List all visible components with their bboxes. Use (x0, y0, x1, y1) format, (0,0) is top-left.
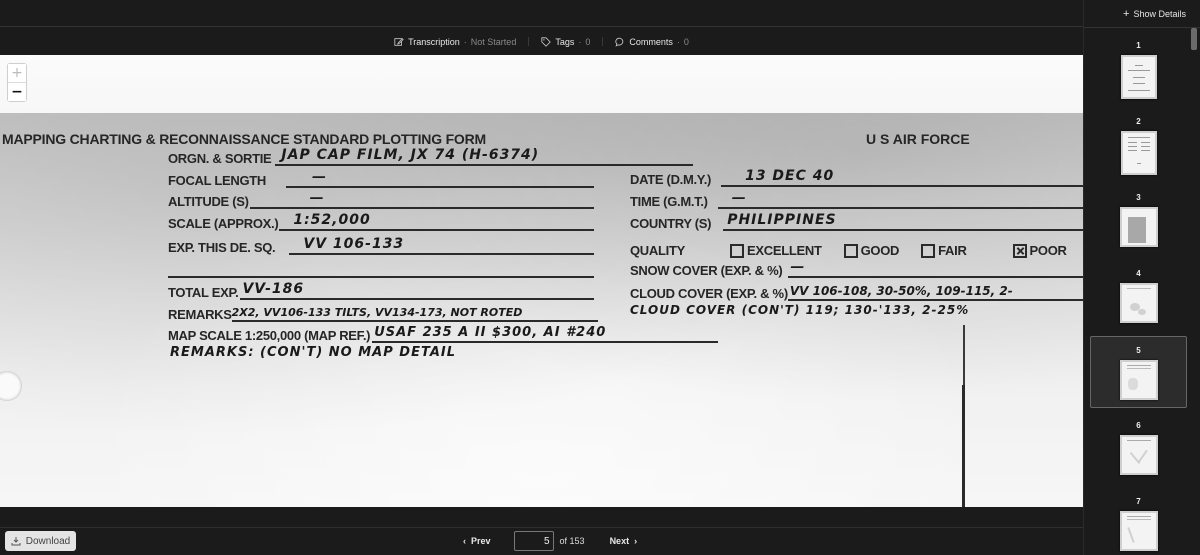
download-button[interactable]: Download (5, 531, 76, 551)
field-date: DATE (D.M.Y.) 13 DEC 40 (630, 171, 1083, 187)
page-thumbnail-sidebar: + Show Details 1 2 3 4 (1083, 0, 1200, 555)
field-country: COUNTRY (S) PHILIPPINES (630, 215, 1083, 231)
form-title: MAPPING CHARTING & RECONNAISSANCE STANDA… (2, 131, 486, 147)
thumbnail-image (1120, 207, 1158, 247)
field-map-scale: MAP SCALE 1:250,000 (MAP REF.) USAF 235 … (168, 327, 718, 343)
separator-dot: · (677, 37, 680, 47)
chevron-right-icon: › (634, 536, 637, 546)
field-label: REMARKS (168, 308, 232, 322)
prev-button[interactable]: ‹ Prev (460, 536, 494, 546)
thumbnail-page-1[interactable]: 1 (1090, 32, 1187, 104)
field-value: VV 106-133 (303, 236, 404, 252)
tags-count: 0 (585, 37, 590, 47)
thumbnail-image (1120, 360, 1158, 400)
separator-dot: · (464, 37, 467, 47)
quality-checkboxes: QUALITY EXCELLENT GOOD FAIR POOR (630, 243, 1083, 258)
remarks-continued: REMARKS: (CON'T) NO MAP DETAIL (170, 345, 456, 360)
show-details-label: Show Details (1133, 9, 1186, 19)
field-snow-cover: SNOW COVER (EXP. & %) — (630, 262, 1083, 278)
document-toolbar: Transcription · Not Started Tags · 0 Com… (0, 28, 1083, 55)
field-blank-line (168, 262, 594, 278)
page-number-input[interactable] (514, 531, 554, 551)
field-label: ORGN. & SORTIE (168, 152, 271, 166)
thumbnail-page-2[interactable]: 2 (1090, 108, 1187, 180)
field-total-exp: TOTAL EXP. VV-186 (168, 284, 594, 300)
field-remarks: REMARKS 2X2, VV106-133 TILTS, VV134-173,… (168, 306, 598, 322)
thumbnail-page-7[interactable]: 7 (1090, 488, 1187, 555)
next-button[interactable]: Next › (607, 536, 641, 546)
transcription-tab[interactable]: Transcription · Not Started (394, 37, 516, 47)
quality-poor: POOR (1013, 243, 1067, 258)
document-viewer[interactable]: MAPPING CHARTING & RECONNAISSANCE STANDA… (0, 55, 1083, 507)
checkbox-icon (921, 244, 935, 258)
field-label: MAP SCALE 1:250,000 (MAP REF.) (168, 329, 370, 343)
field-label: SCALE (APPROX.) (168, 217, 278, 231)
sidebar-scrollbar[interactable] (1190, 28, 1198, 555)
quality-label: QUALITY (630, 243, 730, 258)
field-label: DATE (D.M.Y.) (630, 173, 711, 187)
field-value: PHILIPPINES (727, 212, 836, 228)
field-label: ALTITUDE (S) (168, 195, 249, 209)
checkbox-icon (730, 244, 744, 258)
edit-icon (394, 37, 404, 47)
tags-tab[interactable]: Tags · 0 (541, 37, 590, 47)
transcription-label: Transcription (408, 37, 460, 47)
field-scale: SCALE (APPROX.) 1:52,000 (168, 215, 594, 231)
field-value: USAF 235 A II $300, AI #240 (374, 325, 606, 340)
field-label: CLOUD COVER (EXP. & %) (630, 287, 788, 301)
zoom-in-button[interactable]: + (8, 64, 26, 83)
divider (528, 37, 529, 46)
divider (0, 527, 1083, 528)
thumbnail-image (1120, 283, 1158, 323)
field-orgn-sortie: ORGN. & SORTIE JAP CAP FILM, JX 74 (H-63… (168, 150, 693, 166)
thumbnail-image (1120, 511, 1158, 551)
field-value: VV 106-108, 30-50%, 109-115, 2- (790, 285, 1013, 298)
download-icon (11, 536, 21, 546)
thumbnail-image (1120, 435, 1158, 475)
checkbox-icon (844, 244, 858, 258)
form-rule (962, 385, 965, 507)
field-label: TOTAL EXP. (168, 286, 238, 300)
thumbnail-page-4[interactable]: 4 (1090, 260, 1187, 332)
form-organization: U S AIR FORCE (866, 131, 970, 147)
thumbnail-page-3[interactable]: 3 (1090, 184, 1187, 256)
field-value: VV-186 (242, 281, 304, 297)
field-value: — (790, 259, 805, 275)
plus-icon: + (1123, 8, 1129, 20)
bottom-bar: Download ‹ Prev of 153 Next › (0, 507, 1083, 555)
pagination: ‹ Prev of 153 Next › (460, 531, 640, 551)
thumbnail-image (1121, 55, 1157, 99)
tag-icon (541, 37, 551, 47)
tags-label: Tags (555, 37, 574, 47)
field-value: 2X2, VV106-133 TILTS, VV134-173, NOT ROT… (232, 306, 523, 319)
cloud-cover-continued: CLOUD COVER (CON'T) 119; 130-'133, 2-25% (630, 303, 969, 317)
field-value: 13 DEC 40 (745, 168, 834, 184)
field-value: JAP CAP FILM, JX 74 (H-6374) (281, 147, 539, 163)
field-label: EXP. THIS DE. SQ. (168, 241, 275, 255)
field-cloud-cover: CLOUD COVER (EXP. & %) VV 106-108, 30-50… (630, 285, 1083, 301)
download-label: Download (26, 536, 70, 547)
zoom-out-button[interactable]: − (8, 83, 26, 101)
field-value: — (310, 190, 325, 206)
scanned-document-image: MAPPING CHARTING & RECONNAISSANCE STANDA… (0, 55, 1083, 507)
scrollbar-thumb[interactable] (1191, 28, 1197, 50)
thumbnail-page-5[interactable]: 5 (1090, 336, 1187, 408)
top-bar (0, 0, 1083, 27)
page-total: of 153 (560, 536, 585, 546)
thumbnail-image (1121, 131, 1157, 175)
zoom-controls: + − (7, 63, 27, 102)
scan-margin (0, 55, 1083, 113)
divider (602, 37, 603, 46)
field-focal-length: FOCAL LENGTH — (168, 172, 594, 188)
field-time: TIME (G.M.T.) — (630, 193, 1083, 209)
comment-icon (615, 37, 625, 47)
field-value: 1:52,000 (293, 212, 370, 228)
comments-tab[interactable]: Comments · 0 (615, 37, 689, 47)
field-value: — (732, 190, 747, 206)
quality-good: GOOD (844, 243, 900, 258)
comments-label: Comments (629, 37, 673, 47)
field-label: FOCAL LENGTH (168, 174, 266, 188)
quality-fair: FAIR (921, 243, 966, 258)
checked-checkbox-icon (1013, 244, 1027, 258)
chevron-left-icon: ‹ (463, 536, 466, 546)
thumbnail-page-6[interactable]: 6 (1090, 412, 1187, 484)
field-exp-this-de-sq: EXP. THIS DE. SQ. VV 106-133 (168, 239, 594, 255)
comments-count: 0 (684, 37, 689, 47)
field-label: SNOW COVER (EXP. & %) (630, 264, 782, 278)
transcription-status: Not Started (471, 37, 517, 47)
separator-dot: · (578, 37, 581, 47)
quality-excellent: EXCELLENT (730, 243, 822, 258)
show-details-button[interactable]: + Show Details (1084, 0, 1200, 28)
field-label: TIME (G.M.T.) (630, 195, 708, 209)
field-value: — (312, 169, 327, 185)
field-altitude: ALTITUDE (S) — (168, 193, 594, 209)
field-label: COUNTRY (S) (630, 217, 711, 231)
